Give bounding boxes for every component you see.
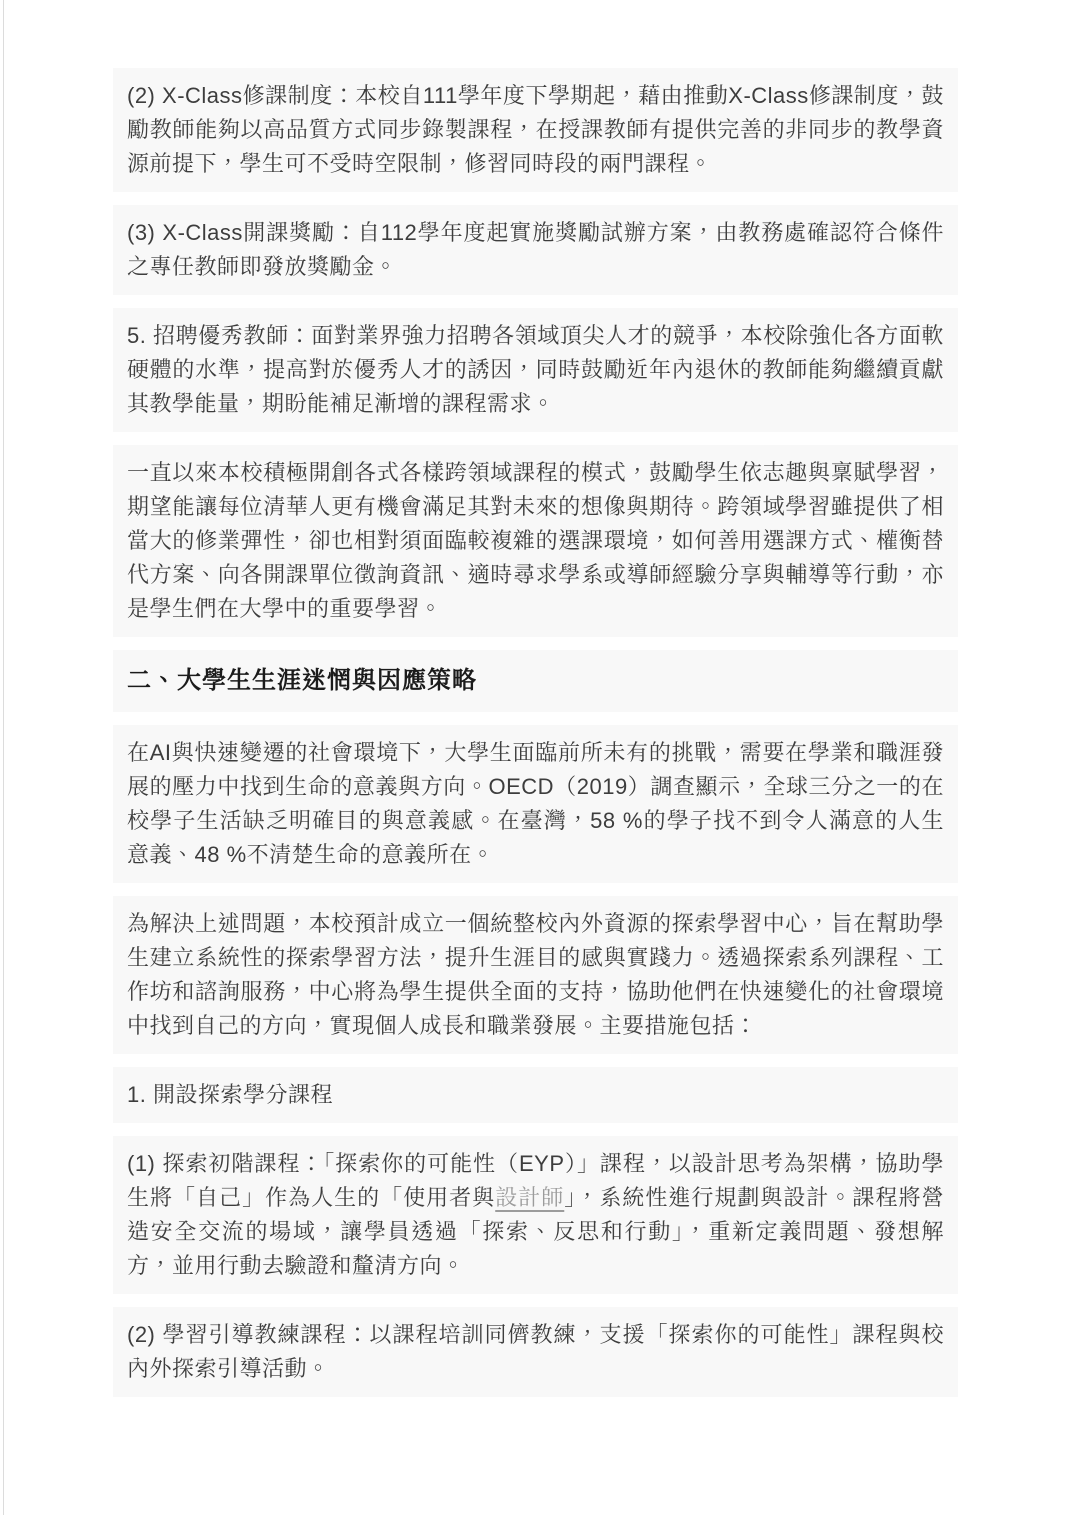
paragraph-cross-domain-learning: 一直以來本校積極開創各式各樣跨領域課程的模式，鼓勵學生依志趣與稟賦學習，期望能讓… [113,445,958,637]
paragraph-xclass-incentive: (3) X-Class開課獎勵：自112學年度起實施獎勵試辦方案，由教務處確認符… [113,205,958,295]
paragraph-eyp-course: (1) 探索初階課程：「探索你的可能性（EYP）」課程，以設計思考為架構，協助學… [113,1136,958,1294]
paragraph-recruit-teachers: 5. 招聘優秀教師：面對業界強力招聘各領域頂尖人才的競爭，本校除強化各方面軟硬體… [113,308,958,432]
page-left-border [3,0,4,1515]
document-content: (2) X-Class修課制度：本校自111學年度下學期起，藉由推動X-Clas… [113,68,958,1410]
paragraph-ai-era-challenges: 在AI與快速變遷的社會環境下，大學生面臨前所未有的挑戰，需要在學業和職涯發展的壓… [113,725,958,883]
document-page: { "colors": { "page_background": "#fffff… [0,0,1071,1515]
paragraph-peer-coach-course: (2) 學習引導教練課程：以課程培訓同儕教練，支援「探索你的可能性」課程與校內外… [113,1307,958,1397]
paragraph-exploration-learning-center: 為解決上述問題，本校預計成立一個統整校內外資源的探索學習中心，旨在幫助學生建立系… [113,896,958,1054]
designer-link[interactable]: 設計師 [495,1185,564,1210]
paragraph-exploration-credit-courses: 1. 開設探索學分課程 [113,1067,958,1123]
section-heading-career-confusion: 二、大學生生涯迷惘與因應策略 [113,650,958,712]
paragraph-xclass-course-system: (2) X-Class修課制度：本校自111學年度下學期起，藉由推動X-Clas… [113,68,958,192]
